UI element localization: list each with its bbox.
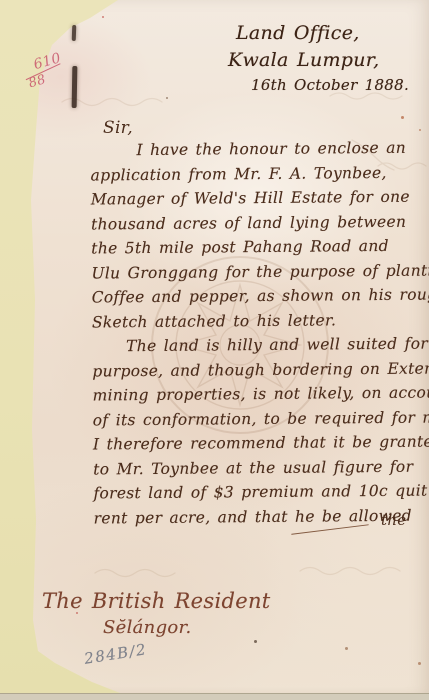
- foxing-speck: [345, 647, 348, 650]
- letter-line: purpose, and though bordering on Extensi…: [92, 356, 429, 383]
- letter-line: The land is hilly and well suited for th…: [92, 332, 429, 359]
- letter-line: forest land of $3 premium and 10c quit: [93, 479, 429, 506]
- letter-line: Ulu Gronggang for the purpose of plantin…: [91, 258, 429, 285]
- letter-body: I have the honour to enclose an applicat…: [90, 136, 429, 531]
- foxing-speck: [419, 129, 421, 131]
- closing-addressee: The British Resident: [42, 589, 271, 613]
- letterhead-city: Kwala Lumpur,: [228, 49, 379, 71]
- letterhead-office: Land Office,: [236, 22, 360, 44]
- closing-place: Sĕlángor.: [103, 617, 191, 638]
- letter-line: I therefore recommend that it be granted: [93, 430, 429, 457]
- foxing-speck: [254, 640, 257, 643]
- letter-line: rent per acre, and that he be allowed: [94, 503, 429, 530]
- letter-line: to Mr. Toynbee at the usual figure for: [93, 454, 429, 481]
- letter-line: the 5th mile post Pahang Road and: [91, 234, 429, 261]
- letter-line: I have the honour to enclose an: [90, 136, 429, 163]
- letter-line: Coffee and pepper, as shown on his rough: [92, 283, 429, 310]
- letter-line: Manager of Weld's Hill Estate for one: [91, 185, 429, 212]
- scan-bottom-edge: [0, 693, 429, 700]
- foxing-speck: [418, 662, 421, 665]
- letter-line: of its conformation, to be required for …: [93, 405, 429, 432]
- letterhead-date: 16th October 1888.: [251, 76, 409, 94]
- foxing-speck: [76, 612, 78, 614]
- salutation: Sir,: [103, 118, 133, 138]
- foxing-speck: [401, 116, 404, 119]
- letter-line: Sketch attached to his letter.: [92, 307, 429, 334]
- letter-line: mining properties, is not likely, on acc…: [92, 381, 429, 408]
- letter-line: thousand acres of land lying between: [91, 209, 429, 236]
- ink-mark-large: [72, 66, 78, 108]
- catchword: the: [381, 511, 406, 529]
- foxing-speck: [102, 16, 104, 18]
- foxing-speck: [166, 97, 168, 99]
- ink-mark-small: [72, 25, 77, 41]
- letter-line: application from Mr. F. A. Toynbee,: [91, 160, 429, 187]
- document-page: 610 88 Land Office, Kwala Lumpur, 16th O…: [0, 0, 429, 700]
